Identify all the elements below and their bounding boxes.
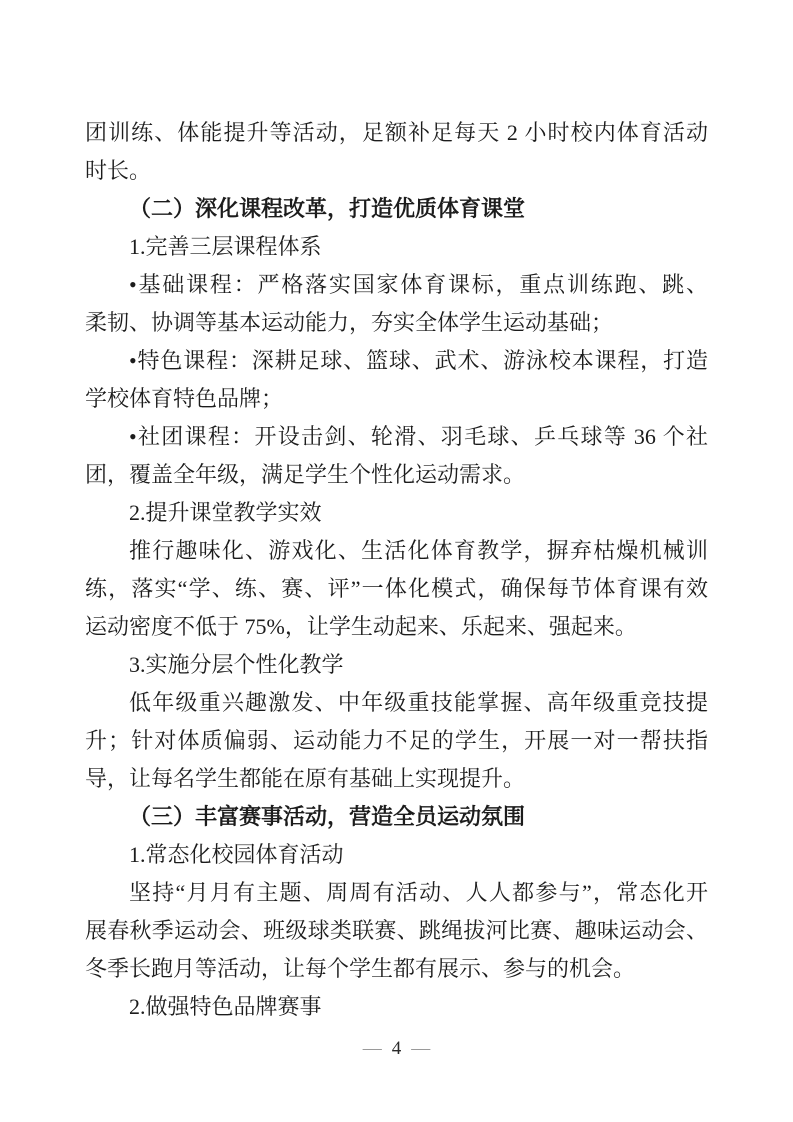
text-line: 柔韧、协调等基本运动能力，夯实全体学生运动基础； bbox=[85, 304, 708, 342]
bullet-line: •特色课程：深耕足球、篮球、武术、游泳校本课程，打造 bbox=[85, 342, 708, 380]
page-footer: —4— bbox=[0, 1030, 793, 1068]
subsection-title: 1.常态化校园体育活动 bbox=[85, 836, 708, 874]
text-line: 学校体育特色品牌； bbox=[85, 380, 708, 418]
text-line: 导，让每名学生都能在原有基础上实现提升。 bbox=[85, 760, 708, 798]
bullet-line: •基础课程：严格落实国家体育课标，重点训练跑、跳、投、 bbox=[85, 266, 708, 304]
text-line: 展春秋季运动会、班级球类联赛、跳绳拔河比赛、趣味运动会、 bbox=[85, 912, 708, 950]
subsection-title: 2.做强特色品牌赛事 bbox=[85, 988, 708, 1026]
text-line: 时长。 bbox=[85, 152, 708, 190]
document-body: 团训练、体能提升等活动，足额补足每天 2 小时校内体育活动 时长。 （二）深化课… bbox=[85, 114, 708, 1026]
subsection-title: 2.提升课堂教学实效 bbox=[85, 494, 708, 532]
text-line: 团，覆盖全年级，满足学生个性化运动需求。 bbox=[85, 456, 708, 494]
text-line: 坚持“月月有主题、周周有活动、人人都参与”，常态化开 bbox=[85, 874, 708, 912]
text-line: 团训练、体能提升等活动，足额补足每天 2 小时校内体育活动 bbox=[85, 114, 708, 152]
section-heading-3: （三）丰富赛事活动，营造全员运动氛围 bbox=[85, 798, 708, 836]
subsection-title: 3.实施分层个性化教学 bbox=[85, 646, 708, 684]
text-line: 运动密度不低于 75%，让学生动起来、乐起来、强起来。 bbox=[85, 608, 708, 646]
page-number: 4 bbox=[392, 1038, 402, 1059]
subsection-title: 1.完善三层课程体系 bbox=[85, 228, 708, 266]
text-line: 推行趣味化、游戏化、生活化体育教学，摒弃枯燥机械训 bbox=[85, 532, 708, 570]
text-line: 低年级重兴趣激发、中年级重技能掌握、高年级重竞技提 bbox=[85, 684, 708, 722]
text-line: 冬季长跑月等活动，让每个学生都有展示、参与的机会。 bbox=[85, 950, 708, 988]
footer-dash-right: — bbox=[411, 1038, 430, 1059]
document-page: 团训练、体能提升等活动，足额补足每天 2 小时校内体育活动 时长。 （二）深化课… bbox=[0, 0, 793, 1122]
text-line: 升；针对体质偏弱、运动能力不足的学生，开展一对一帮扶指 bbox=[85, 722, 708, 760]
text-line: 练，落实“学、练、赛、评”一体化模式，确保每节体育课有效 bbox=[85, 570, 708, 608]
footer-dash-left: — bbox=[363, 1038, 382, 1059]
section-heading-2: （二）深化课程改革，打造优质体育课堂 bbox=[85, 190, 708, 228]
bullet-line: •社团课程：开设击剑、轮滑、羽毛球、乒乓球等 36 个社 bbox=[85, 418, 708, 456]
